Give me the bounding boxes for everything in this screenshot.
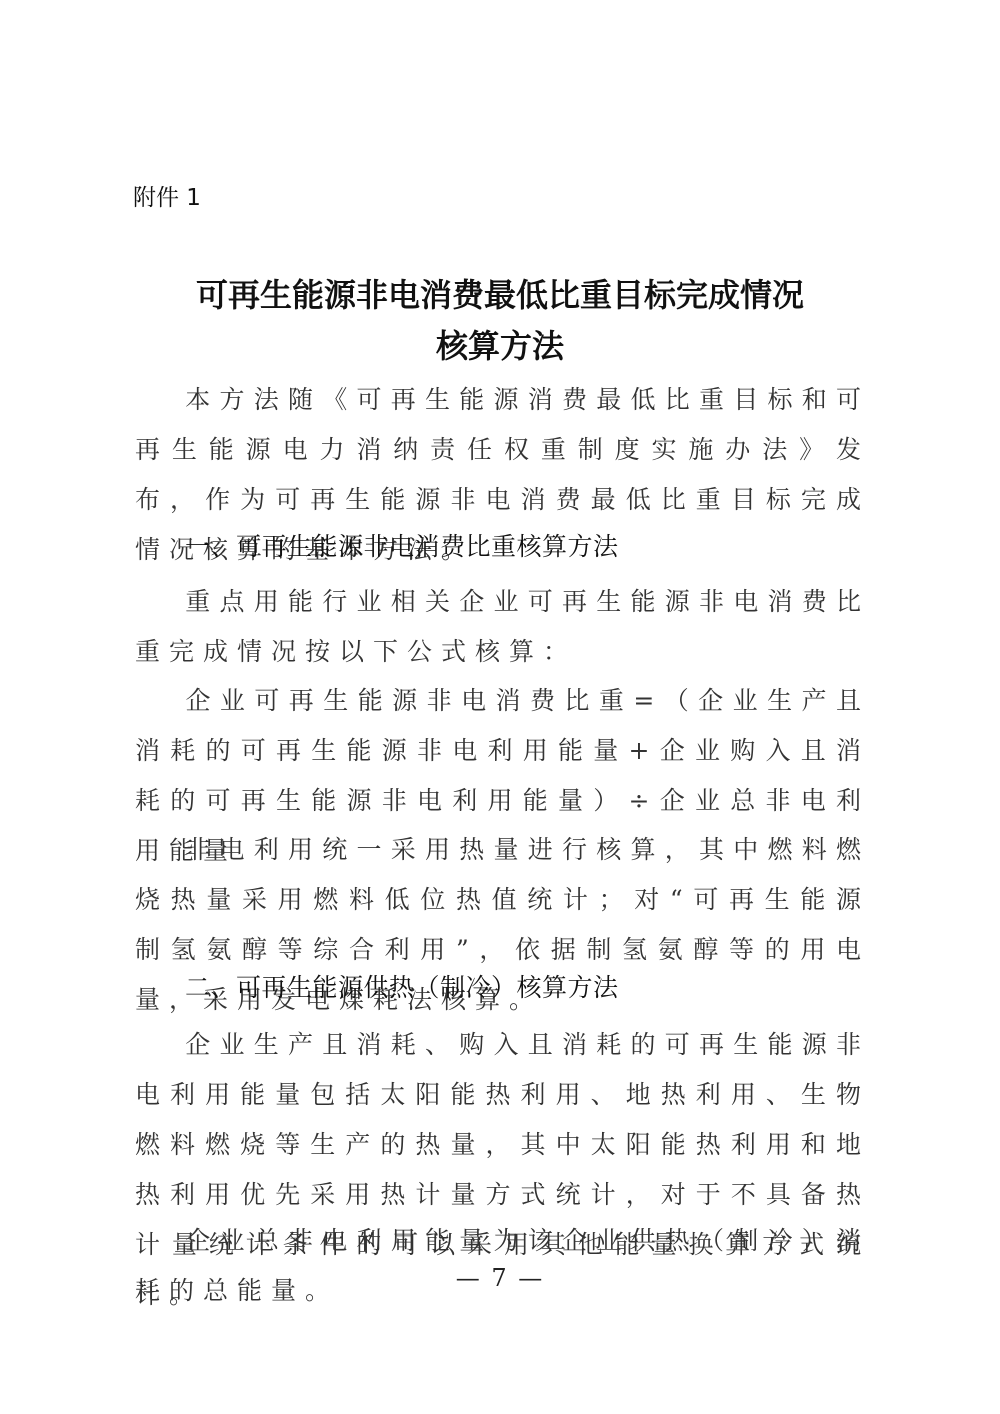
page-number: — 7 —	[0, 1262, 1000, 1294]
section-1-heading: 一、可再生能源非电消费比重核算方法	[185, 527, 619, 567]
section-2-heading: 二、可再生能源供热（制冷）核算方法	[185, 968, 619, 1008]
document-title-line-2: 核算方法	[0, 322, 1000, 370]
document-page: 附件 1 可再生能源非电消费最低比重目标完成情况 核算方法 本方法随《可再生能源…	[0, 0, 1000, 1414]
attachment-label: 附件 1	[133, 182, 201, 214]
section-1-paragraph-1-text: 重点用能行业相关企业可再生能源非电消费比重完成情况按以下公式核算：	[135, 587, 870, 666]
document-title-line-1: 可再生能源非电消费最低比重目标完成情况	[0, 271, 1000, 319]
section-1-paragraph-1: 重点用能行业相关企业可再生能源非电消费比重完成情况按以下公式核算：	[135, 577, 870, 677]
